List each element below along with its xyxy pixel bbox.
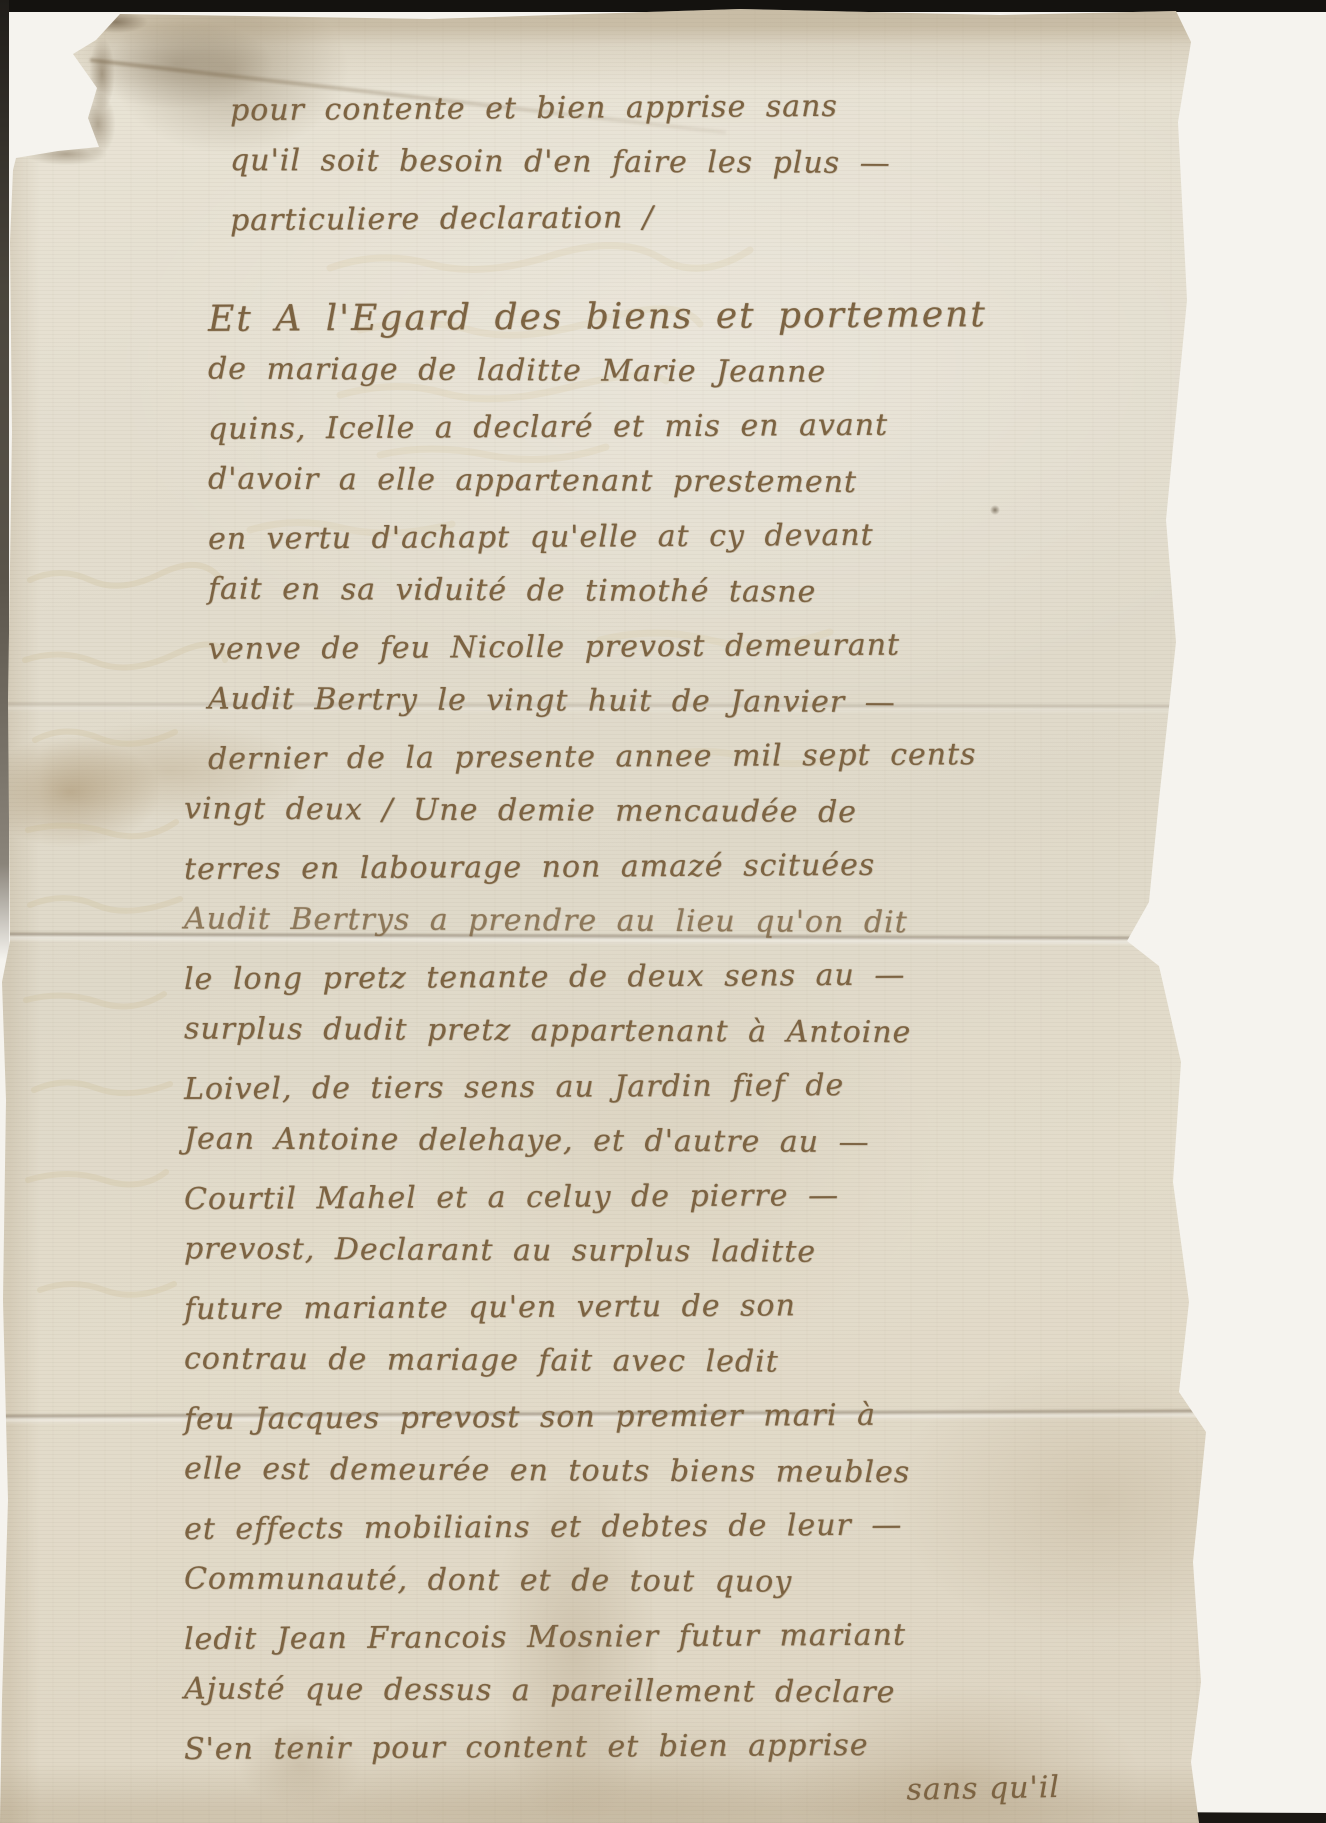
manuscript-line: S'en tenir pour content et bien apprise bbox=[176, 1716, 1186, 1777]
manuscript-line: venve de feu Nicolle prevost demeurant bbox=[176, 616, 1186, 677]
manuscript-line: Loivel, de tiers sens au Jardin fief de bbox=[176, 1056, 1186, 1117]
manuscript-page: pour contente et bien apprise sansqu'il … bbox=[0, 0, 1326, 1823]
manuscript-line: en vertu d'achapt qu'elle at cy devant bbox=[176, 506, 1186, 567]
manuscript-line: pour contente et bien apprise sans bbox=[176, 76, 1186, 138]
scanned-manuscript: { "document": { "kind": "handwritten man… bbox=[0, 0, 1326, 1823]
manuscript-line: le long pretz tenante de deux sens au — bbox=[176, 946, 1186, 1007]
manuscript-line: quins, Icelle a declaré et mis en avant bbox=[176, 396, 1186, 457]
manuscript-line: particuliere declaration / bbox=[176, 186, 1186, 248]
manuscript-line: et effects mobiliains et debtes de leur … bbox=[176, 1496, 1186, 1557]
manuscript-line: Jean Antoine delehaye, et d'autre au — bbox=[176, 1111, 1186, 1171]
manuscript-line: Et A l'Egard des biens et portement bbox=[176, 286, 1186, 347]
scanner-edge-top bbox=[0, 0, 1326, 12]
manuscript-line: future mariante qu'en vertu de son bbox=[176, 1276, 1186, 1337]
manuscript-line: elle est demeurée en touts biens meubles bbox=[176, 1441, 1186, 1501]
manuscript-line: Audit Bertry le vingt huit de Janvier — bbox=[176, 671, 1186, 731]
manuscript-text: pour contente et bien apprise sansqu'il … bbox=[176, 80, 1186, 1774]
manuscript-line: dernier de la presente annee mil sept ce… bbox=[176, 726, 1186, 787]
manuscript-line: terres en labourage non amazé scituées bbox=[176, 836, 1186, 897]
manuscript-line: Audit Bertrys a prendre au lieu qu'on di… bbox=[176, 891, 1186, 951]
manuscript-line: vingt deux / Une demie mencaudée de bbox=[176, 781, 1186, 841]
manuscript-line: qu'il soit besoin d'en faire les plus — bbox=[176, 133, 1186, 192]
manuscript-line: ledit Jean Francois Mosnier futur marian… bbox=[176, 1606, 1186, 1667]
manuscript-line: feu Jacques prevost son premier mari à bbox=[176, 1386, 1186, 1447]
manuscript-line: de mariage de laditte Marie Jeanne bbox=[176, 341, 1186, 401]
scanner-edge-left bbox=[0, 0, 9, 960]
manuscript-line: d'avoir a elle appartenant prestement bbox=[176, 451, 1186, 511]
manuscript-line: Ajusté que dessus a pareillement declare bbox=[176, 1661, 1186, 1721]
manuscript-line: prevost, Declarant au surplus laditte bbox=[176, 1221, 1186, 1281]
manuscript-line: surplus dudit pretz appartenant à Antoin… bbox=[176, 1001, 1186, 1061]
manuscript-line: contrau de mariage fait avec ledit bbox=[176, 1331, 1186, 1391]
manuscript-line: Communauté, dont et de tout quoy bbox=[176, 1551, 1186, 1611]
main-paragraph: Et A l'Egard des biens et portementde ma… bbox=[176, 289, 1186, 1774]
opening-paragraph: pour contente et bien apprise sansqu'il … bbox=[176, 80, 1186, 245]
manuscript-line: fait en sa viduité de timothé tasne bbox=[176, 561, 1186, 621]
catchword: sans qu'il bbox=[830, 1770, 1061, 1809]
manuscript-line: Courtil Mahel et a celuy de pierre — bbox=[176, 1166, 1186, 1227]
